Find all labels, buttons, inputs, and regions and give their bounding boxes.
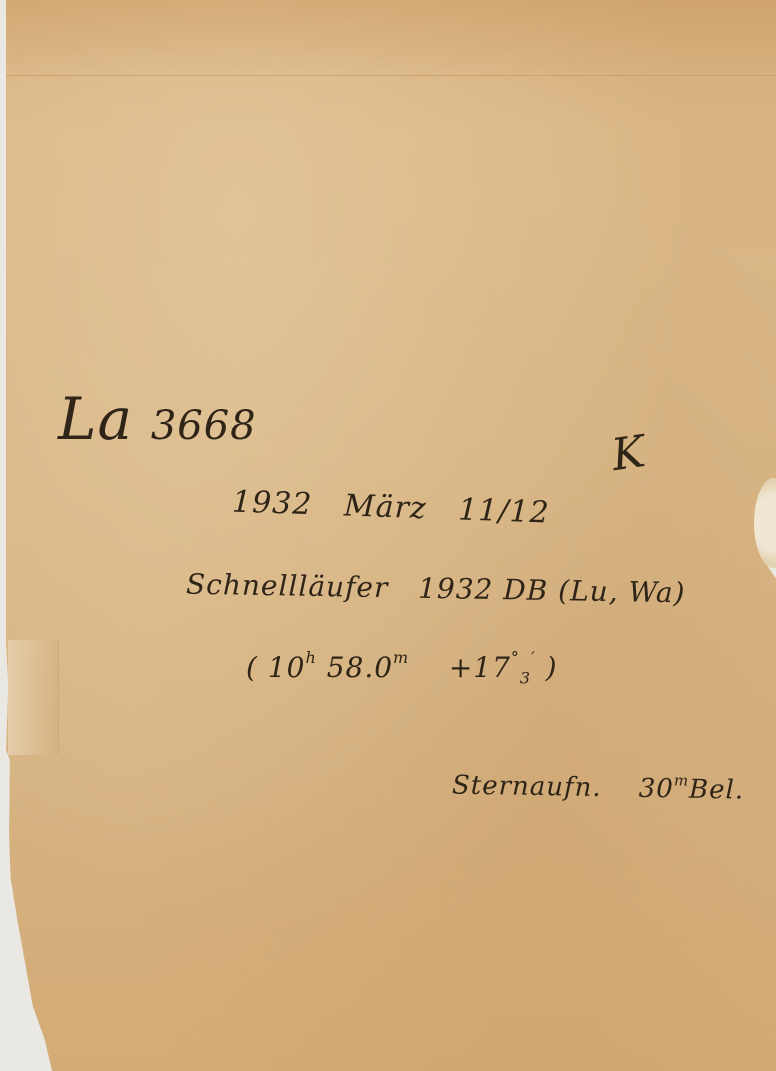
object-label: Schnellläufer (186, 568, 389, 605)
torn-edge (8, 640, 59, 755)
ra-hours-unit: h (305, 648, 316, 667)
dec-degrees-unit: ° (511, 648, 520, 667)
coordinates: ( 10h 58.0m +17°3′ ) (246, 648, 558, 688)
ra-minutes-unit: m (393, 648, 409, 667)
catalog-prefix: La (58, 385, 133, 453)
dec-minutes: 3 (520, 669, 531, 688)
date-year: 1932 (231, 484, 313, 522)
catalog-id: La 3668 (58, 385, 257, 453)
date-nights: 11/12 (458, 492, 551, 530)
dec-minutes-unit: ′ (531, 648, 536, 667)
exposure-label: Sternaufn. (452, 770, 602, 803)
coord-open-paren: ( (246, 651, 258, 684)
envelope-top-flap (6, 0, 776, 76)
plate-envelope (6, 0, 776, 1071)
handwritten-mark: K (609, 426, 650, 481)
coord-close-paren: ) (546, 651, 558, 684)
exposure-duration: 30 (638, 774, 674, 805)
object-designation: 1932 DB (418, 572, 549, 607)
ra-minutes: 58.0 (327, 651, 393, 684)
dec-degrees: +17 (449, 651, 511, 684)
catalog-number: 3668 (151, 403, 257, 449)
object-observers: (Lu, Wa) (558, 574, 686, 609)
date-month: März (343, 488, 427, 526)
exposure-note-text: Bel. (689, 775, 745, 806)
exposure-note: Sternaufn. 30mBel. (452, 767, 745, 805)
exposure-duration-unit: m (674, 771, 690, 789)
ra-hours: 10 (268, 651, 306, 684)
